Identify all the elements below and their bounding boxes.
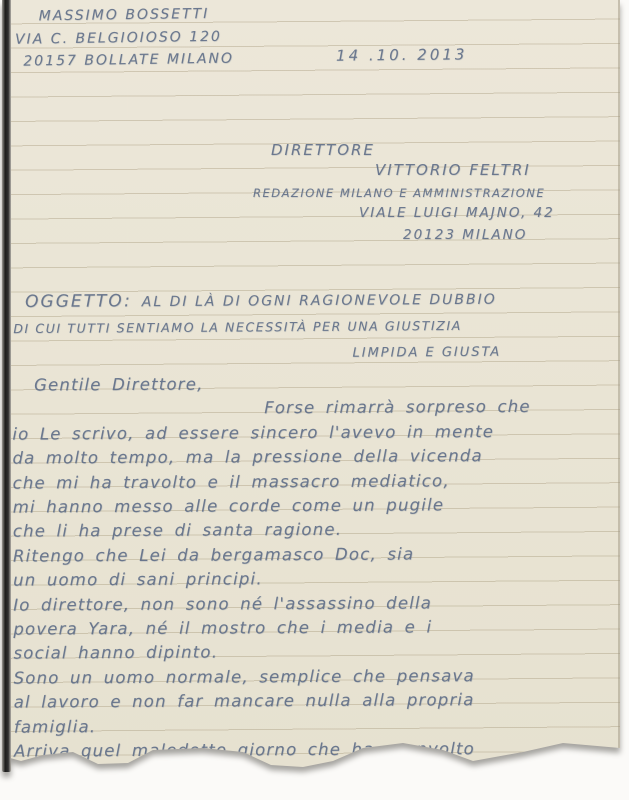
body-line: social hanno dipinto.	[13, 639, 625, 667]
letter-body: Gentile Direttore, Forse rimarrà sorpres…	[12, 370, 626, 764]
body-line: mi hanno messo alle corde come un pugile	[13, 492, 625, 520]
body-line: che mi ha travolto e il massacro mediati…	[12, 468, 624, 496]
body-line: da molto tempo, ma la pressione della vi…	[12, 444, 624, 472]
sender-street: VIA C. BELGIOIOSO 120	[15, 25, 234, 51]
subject-line-3: LIMPIDA E GIUSTA	[352, 345, 501, 361]
notebook-paper: MASSIMO BOSSETTI VIA C. BELGIOIOSO 120 2…	[3, 0, 620, 776]
sender-city: 20157 BOLLATE MILANO	[23, 48, 234, 73]
salutation: Gentile Direttore,	[12, 370, 624, 398]
body-line: Sono un uomo normale, semplice che pensa…	[14, 663, 626, 691]
subject-text: AL DI LÀ DI OGNI RAGIONEVOLE DUBBIO	[142, 292, 497, 310]
body-line: Forse rimarrà sorpreso che	[12, 395, 624, 423]
body-line: famiglia.	[14, 712, 626, 740]
subject-label: OGGETTO:	[25, 291, 132, 312]
body-line: povera Yara, né il mostro che i media e …	[13, 614, 625, 642]
body-line: che li ha prese di santa ragione.	[13, 517, 625, 545]
recipient-department: REDAZIONE MILANO E AMMINISTRAZIONE	[253, 186, 545, 200]
scanned-letter: MASSIMO BOSSETTI VIA C. BELGIOIOSO 120 2…	[0, 0, 629, 800]
body-line: io Le scrivo, ad essere sincero l'avevo …	[12, 419, 624, 447]
recipient-street: VIALE LUIGI MAJNO, 42	[359, 205, 555, 221]
body-line: Ritengo che Lei da bergamasco Doc, sia	[13, 541, 625, 569]
body-line: un uomo di sani principi.	[13, 566, 625, 594]
recipient-name: VITTORIO FELTRI	[375, 161, 531, 179]
subject-line-1: OGGETTO:AL DI LÀ DI OGNI RAGIONEVOLE DUB…	[25, 289, 497, 312]
letter-date: 14 .10. 2013	[336, 45, 468, 64]
recipient-title: DIRETTORE	[271, 141, 375, 159]
body-line: al lavoro e non far mancare nulla alla p…	[14, 688, 626, 716]
subject-line-2: DI CUI TUTTI SENTIAMO LA NECESSITÀ PER U…	[13, 318, 462, 336]
sender-address-block: MASSIMO BOSSETTI VIA C. BELGIOIOSO 120 2…	[39, 3, 235, 73]
recipient-city: 20123 MILANO	[403, 227, 527, 243]
body-line: Io direttore, non sono né l'assassino de…	[13, 590, 625, 618]
sender-name: MASSIMO BOSSETTI	[39, 3, 234, 28]
body-line: Arriva quel maledetto giorno che ha scon…	[14, 736, 626, 764]
notebook-spine-edge	[2, 0, 11, 772]
